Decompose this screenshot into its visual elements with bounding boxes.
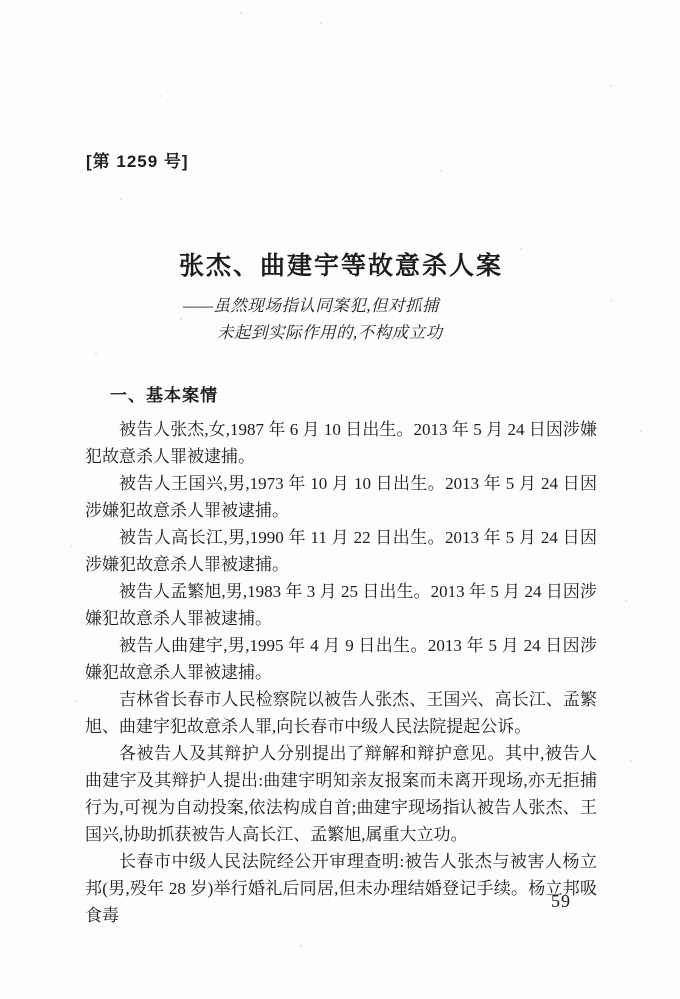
document-page: [第 1259 号] 张杰、曲建宇等故意杀人案 ——虽然现场指认同案犯,但对抓捕… — [0, 0, 680, 999]
body-paragraph: 被告人高长江,男,1990 年 11 月 22 日出生。2013 年 5 月 2… — [85, 524, 597, 578]
case-subtitle-line-2: 未起到实际作用的,不构成立功 — [217, 319, 443, 343]
page-number: 59 — [551, 891, 571, 912]
body-text-block: 被告人张杰,女,1987 年 6 月 10 日出生。2013 年 5 月 24 … — [85, 416, 597, 929]
body-paragraph: 被告人王国兴,男,1973 年 10 月 10 日出生。2013 年 5 月 2… — [85, 470, 597, 524]
case-title: 张杰、曲建宇等故意杀人案 — [85, 246, 597, 282]
body-paragraph: 被告人张杰,女,1987 年 6 月 10 日出生。2013 年 5 月 24 … — [85, 416, 597, 470]
body-paragraph: 各被告人及其辩护人分别提出了辩解和辩护意见。其中,被告人曲建宇及其辩护人提出:曲… — [85, 740, 597, 848]
body-paragraph: 被告人曲建宇,男,1995 年 4 月 9 日出生。2013 年 5 月 24 … — [85, 632, 597, 686]
scan-noise — [0, 0, 2, 2]
section-heading-basic-facts: 一、基本案情 — [110, 381, 218, 406]
body-paragraph: 长春市中级人民法院经公开审理查明:被告人张杰与被害人杨立邦(男,殁年 28 岁)… — [85, 848, 597, 929]
body-paragraph: 被告人孟繁旭,男,1983 年 3 月 25 日出生。2013 年 5 月 24… — [85, 578, 597, 632]
body-paragraph: 吉林省长春市人民检察院以被告人张杰、王国兴、高长江、孟繁旭、曲建宇犯故意杀人罪,… — [85, 686, 597, 740]
case-number: [第 1259 号] — [86, 147, 189, 172]
case-subtitle-line-1: ——虽然现场指认同案犯,但对抓捕 — [183, 292, 439, 316]
